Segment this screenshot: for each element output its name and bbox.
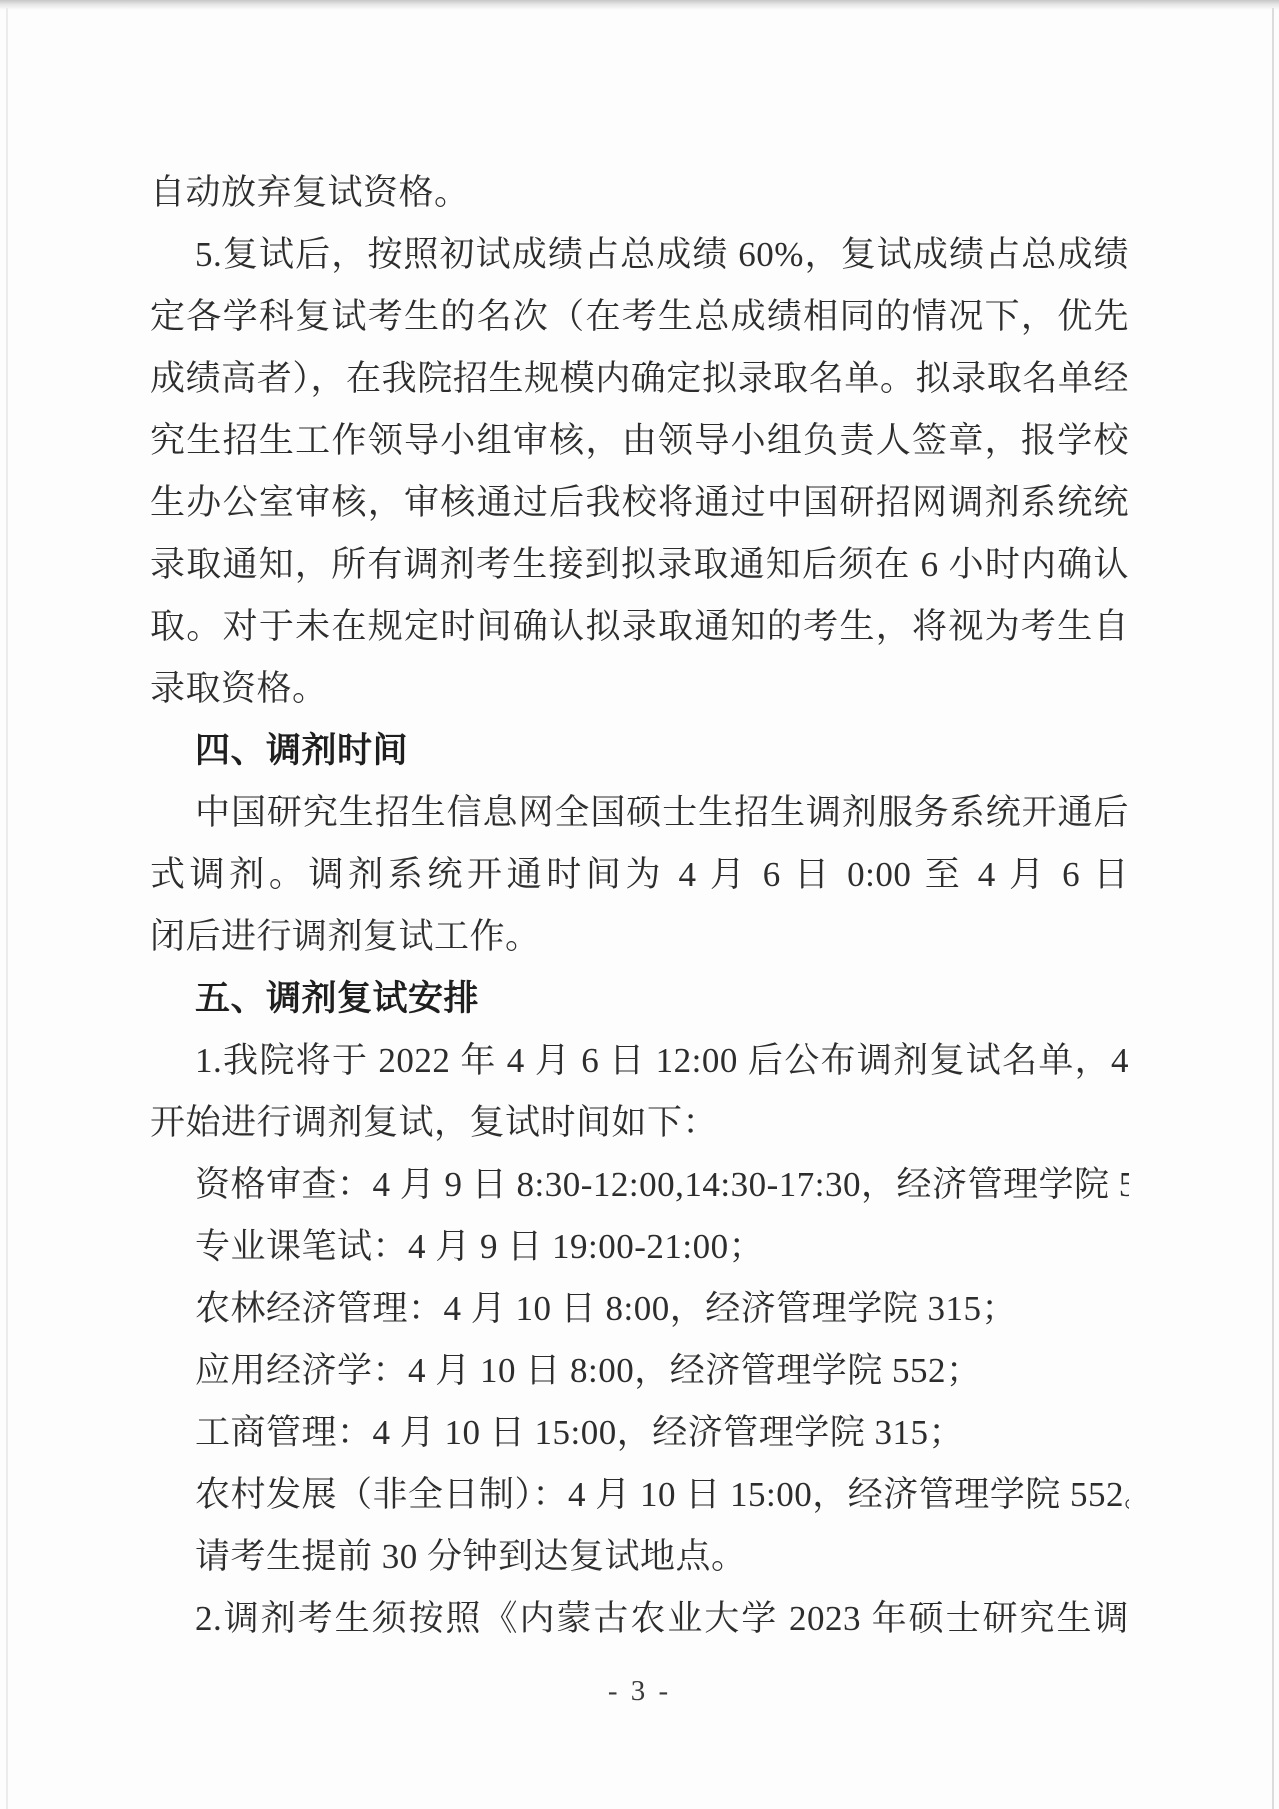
section-heading-adjustment-time: 四、调剂时间 — [150, 720, 1129, 782]
schedule-line-business-admin: 工商管理：4 月 10 日 15:00，经济管理学院 315； — [150, 1402, 1129, 1464]
document-page: 自动放弃复试资格。 5.复试后，按照初试成绩占总成绩 60%，复试成绩占总成绩 … — [0, 0, 1279, 1809]
doc-line: 成绩高者），在我院招生规模内确定拟录取名单。拟录取名单经学院研 — [150, 348, 1129, 410]
doc-line: 录取资格。 — [150, 658, 1129, 720]
doc-line: 闭后进行调剂复试工作。 — [150, 906, 1129, 968]
section-heading-reexam-arrangement: 五、调剂复试安排 — [150, 968, 1129, 1030]
doc-line: 开始进行调剂复试，复试时间如下： — [150, 1092, 1129, 1154]
doc-line: 2.调剂考生须按照《内蒙古农业大学 2023 年硕士研究生调剂公告》 — [150, 1588, 1129, 1650]
doc-line: 请考生提前 30 分钟到达复试地点。 — [150, 1526, 1129, 1588]
schedule-line-rural-development: 农村发展（非全日制）：4 月 10 日 15:00，经济管理学院 552。 — [150, 1464, 1129, 1526]
page-content: 自动放弃复试资格。 5.复试后，按照初试成绩占总成绩 60%，复试成绩占总成绩 … — [150, 162, 1129, 1650]
scan-right-edge — [1272, 8, 1274, 1809]
doc-line: 自动放弃复试资格。 — [150, 162, 1129, 224]
doc-line: 生办公室审核，审核通过后我校将通过中国研招网调剂系统统一发送拟 — [150, 472, 1129, 534]
schedule-line-agroforestry-econ: 农林经济管理：4 月 10 日 8:00，经济管理学院 315； — [150, 1278, 1129, 1340]
doc-line: 究生招生工作领导小组审核，由领导小组负责人签章，报学校研究生招 — [150, 410, 1129, 472]
doc-line: 5.复试后，按照初试成绩占总成绩 60%，复试成绩占总成绩 40%，确 — [150, 224, 1129, 286]
doc-line: 定各学科复试考生的名次（在考生总成绩相同的情况下，优先录取复试 — [150, 286, 1129, 348]
page-number: - 3 - — [0, 1668, 1279, 1714]
schedule-line-written-test: 专业课笔试：4 月 9 日 19:00-21:00； — [150, 1216, 1129, 1278]
scan-left-edge — [6, 8, 8, 1809]
schedule-line-qualification-check: 资格审查：4 月 9 日 8:30-12:00,14:30-17:30，经济管理… — [150, 1154, 1129, 1216]
doc-line: 1.我院将于 2022 年 4 月 6 日 12:00 后公布调剂复试名单，4 … — [150, 1030, 1129, 1092]
scan-top-edge — [0, 0, 1279, 10]
doc-line: 取。对于未在规定时间确认拟录取通知的考生，将视为考生自动放弃拟 — [150, 596, 1129, 658]
doc-line: 式调剂。调剂系统开通时间为 4 月 6 日 0:00 至 4 月 6 日 12:… — [150, 844, 1129, 906]
doc-line: 录取通知，所有调剂考生接到拟录取通知后须在 6 小时内确认同意拟录 — [150, 534, 1129, 596]
schedule-line-applied-econ: 应用经济学：4 月 10 日 8:00，经济管理学院 552； — [150, 1340, 1129, 1402]
doc-line: 中国研究生招生信息网全国硕士生招生调剂服务系统开通后开始正 — [150, 782, 1129, 844]
